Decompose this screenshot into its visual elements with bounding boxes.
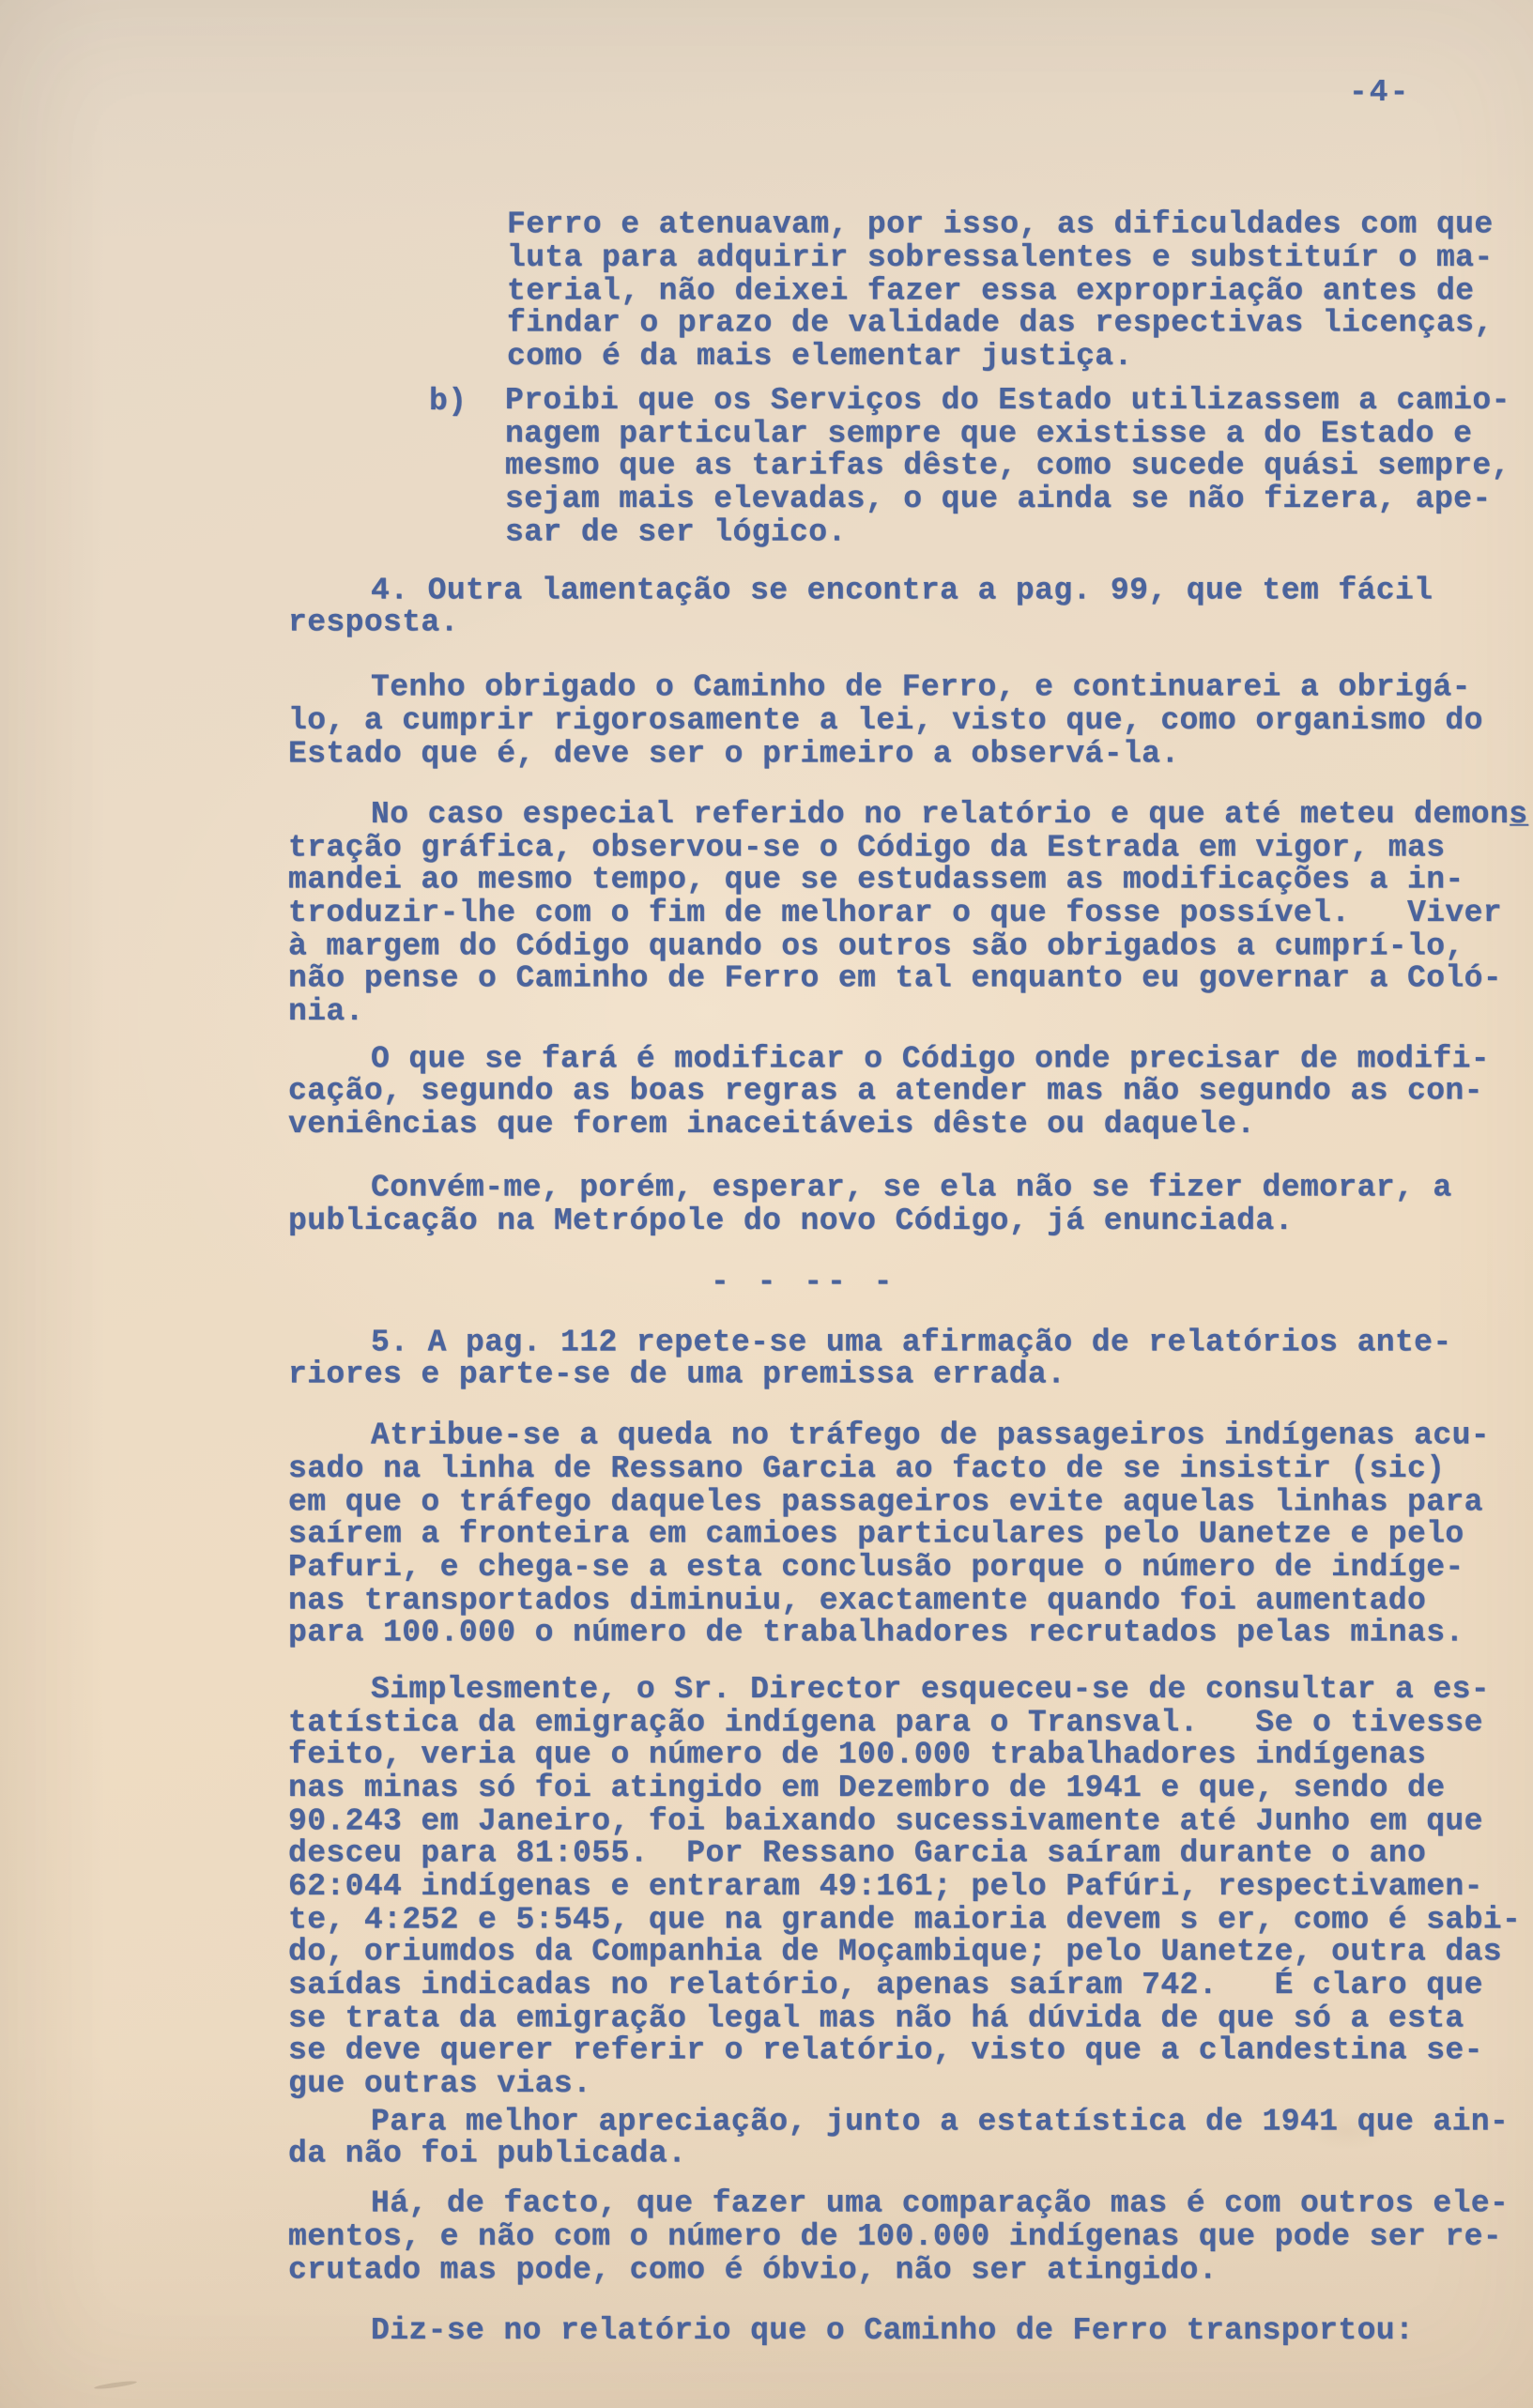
text-line: Para melhor apreciação, junto a estatíst… — [288, 2106, 1509, 2139]
paragraph: Simplesmente, o Sr. Director esqueceu-se… — [288, 1673, 1509, 2100]
text-line: tração gráfica, observou-se o Código da … — [288, 832, 1509, 865]
paragraph: O que se fará é modificar o Código onde … — [288, 1042, 1509, 1141]
list-marker: b) — [429, 384, 467, 419]
text-line: crutado mas pode, como é óbvio, não ser … — [288, 2254, 1509, 2287]
text-line: te, 4:252 e 5:545, que na grande maioria… — [288, 1904, 1509, 1937]
text-line: se deve querer referir o relatório, vist… — [288, 2033, 1509, 2066]
separator-dashes: - - -- - — [711, 1265, 1533, 1298]
text-line: luta para adquirir sobressalentes e subs… — [507, 241, 1533, 274]
paragraph: Convém-me, porém, esperar, se ela não se… — [288, 1172, 1509, 1237]
text-line: nagem particular sempre que existisse a … — [505, 418, 1533, 451]
text-line: Há, de facto, que fazer uma comparação m… — [288, 2186, 1509, 2219]
text-line: não pense o Caminho de Ferro em tal enqu… — [288, 961, 1509, 994]
text-line: da não foi publicada. — [288, 2137, 1509, 2170]
text-line: veniências que forem inaceitáveis dêste … — [288, 1108, 1509, 1141]
text-line: se trata da emigração legal mas não há d… — [288, 2002, 1509, 2035]
text-line: para 100.000 o número de trabalhadores r… — [288, 1616, 1509, 1649]
paragraph: Diz-se no relatório que o Caminho de Fer… — [288, 2314, 1509, 2347]
text-line: mesmo que as tarifas dêste, como sucede … — [505, 449, 1533, 482]
text-line: Diz-se no relatório que o Caminho de Fer… — [288, 2314, 1509, 2347]
text-line: Simplesmente, o Sr. Director esqueceu-se… — [288, 1673, 1509, 1706]
text-line: Proibi que os Serviços do Estado utiliza… — [505, 384, 1533, 417]
paragraph: Para melhor apreciação, junto a estatíst… — [288, 2105, 1509, 2170]
text-line: findar o prazo de validade das respectiv… — [507, 306, 1533, 339]
text-line: O que se fará é modificar o Código onde … — [288, 1043, 1509, 1076]
text-line: como é da mais elementar justiça. — [507, 340, 1533, 373]
text-line: nas minas só foi atingido em Dezembro de… — [288, 1771, 1509, 1804]
paragraph: Há, de facto, que fazer uma comparação m… — [288, 2187, 1509, 2286]
text-line: saídas indicadas no relatório, apenas sa… — [288, 1969, 1509, 2002]
text-line: 62:044 indígenas e entraram 49:161; pelo… — [288, 1870, 1509, 1903]
text-line: 5. A pag. 112 repete-se uma afirmação de… — [288, 1327, 1509, 1359]
paragraph: Tenho obrigado o Caminho de Ferro, e con… — [288, 671, 1509, 770]
text-line: sado na linha de Ressano Garcia ao facto… — [288, 1452, 1509, 1485]
text-line: Ferro e atenuavam, por isso, as dificuld… — [507, 207, 1533, 240]
text-line: publicação na Metrópole do novo Código, … — [288, 1204, 1509, 1237]
text-line: mandei ao mesmo tempo, que se estudassem… — [288, 863, 1509, 896]
text-line: do, oriumdos da Companhia de Moçambique;… — [288, 1935, 1509, 1968]
text-line: Pafuri, e chega-se a esta conclusão porq… — [288, 1551, 1509, 1584]
text-line: Atribue-se a queda no tráfego de passage… — [288, 1419, 1509, 1451]
text-line: sar de ser lógico. — [505, 516, 1533, 549]
text-line: cação, segundo as boas regras a atender … — [288, 1074, 1509, 1107]
text-line: 90.243 em Janeiro, foi baixando sucessiv… — [288, 1805, 1509, 1838]
text-line: Tenho obrigado o Caminho de Ferro, e con… — [288, 670, 1509, 703]
text-line: desceu para 81:055. Por Ressano Garcia s… — [288, 1836, 1509, 1869]
paragraph: b)Proibi que os Serviços do Estado utili… — [505, 384, 1533, 548]
text-line: feito, veria que o número de 100.000 tra… — [288, 1738, 1509, 1771]
text-line: terial, não deixei fazer essa expropriaç… — [507, 275, 1533, 308]
text-line: riores e parte-se de uma premissa errada… — [288, 1357, 1509, 1390]
text-line: resposta. — [288, 606, 1509, 638]
paragraph: 4. Outra lamentação se encontra a pag. 9… — [288, 574, 1509, 639]
text-line: sejam mais elevadas, o que ainda se não … — [505, 483, 1533, 515]
paragraph: Ferro e atenuavam, por isso, as dificuld… — [507, 208, 1533, 373]
text-line: saírem a fronteira em camioes particular… — [288, 1517, 1509, 1550]
paragraph: Atribue-se a queda no tráfego de passage… — [288, 1419, 1509, 1649]
text-line: nas transportados diminuiu, exactamente … — [288, 1585, 1509, 1618]
text-line: No caso especial referido no relatório e… — [288, 798, 1509, 831]
text-line: à margem do Código quando os outros são … — [288, 930, 1509, 963]
text-line: mentos, e não com o número de 100.000 in… — [288, 2220, 1509, 2253]
separator-text: - - -- - — [711, 1265, 1533, 1298]
scan-canvas: -4- Ferro e atenuavam, por isso, as difi… — [0, 0, 1533, 2408]
text-line: tatística da emigração indígena para o T… — [288, 1707, 1509, 1740]
paragraph: No caso especial referido no relatório e… — [288, 798, 1509, 1028]
text-line: troduzir-lhe com o fim de melhorar o que… — [288, 897, 1509, 929]
text-line: 4. Outra lamentação se encontra a pag. 9… — [288, 575, 1509, 607]
text-line: lo, a cumprir rigorosamente a lei, visto… — [288, 704, 1509, 737]
text-line: nia. — [288, 995, 1509, 1028]
typewritten-text: Ferro e atenuavam, por isso, as dificuld… — [288, 0, 1509, 2408]
text-line: Convém-me, porém, esperar, se ela não se… — [288, 1171, 1509, 1204]
text-line: Estado que é, deve ser o primeiro a obse… — [288, 738, 1509, 771]
text-line: em que o tráfego daqueles passageiros ev… — [288, 1486, 1509, 1519]
text-line: gue outras vias. — [288, 2067, 1509, 2100]
paragraph: 5. A pag. 112 repete-se uma afirmação de… — [288, 1326, 1509, 1391]
